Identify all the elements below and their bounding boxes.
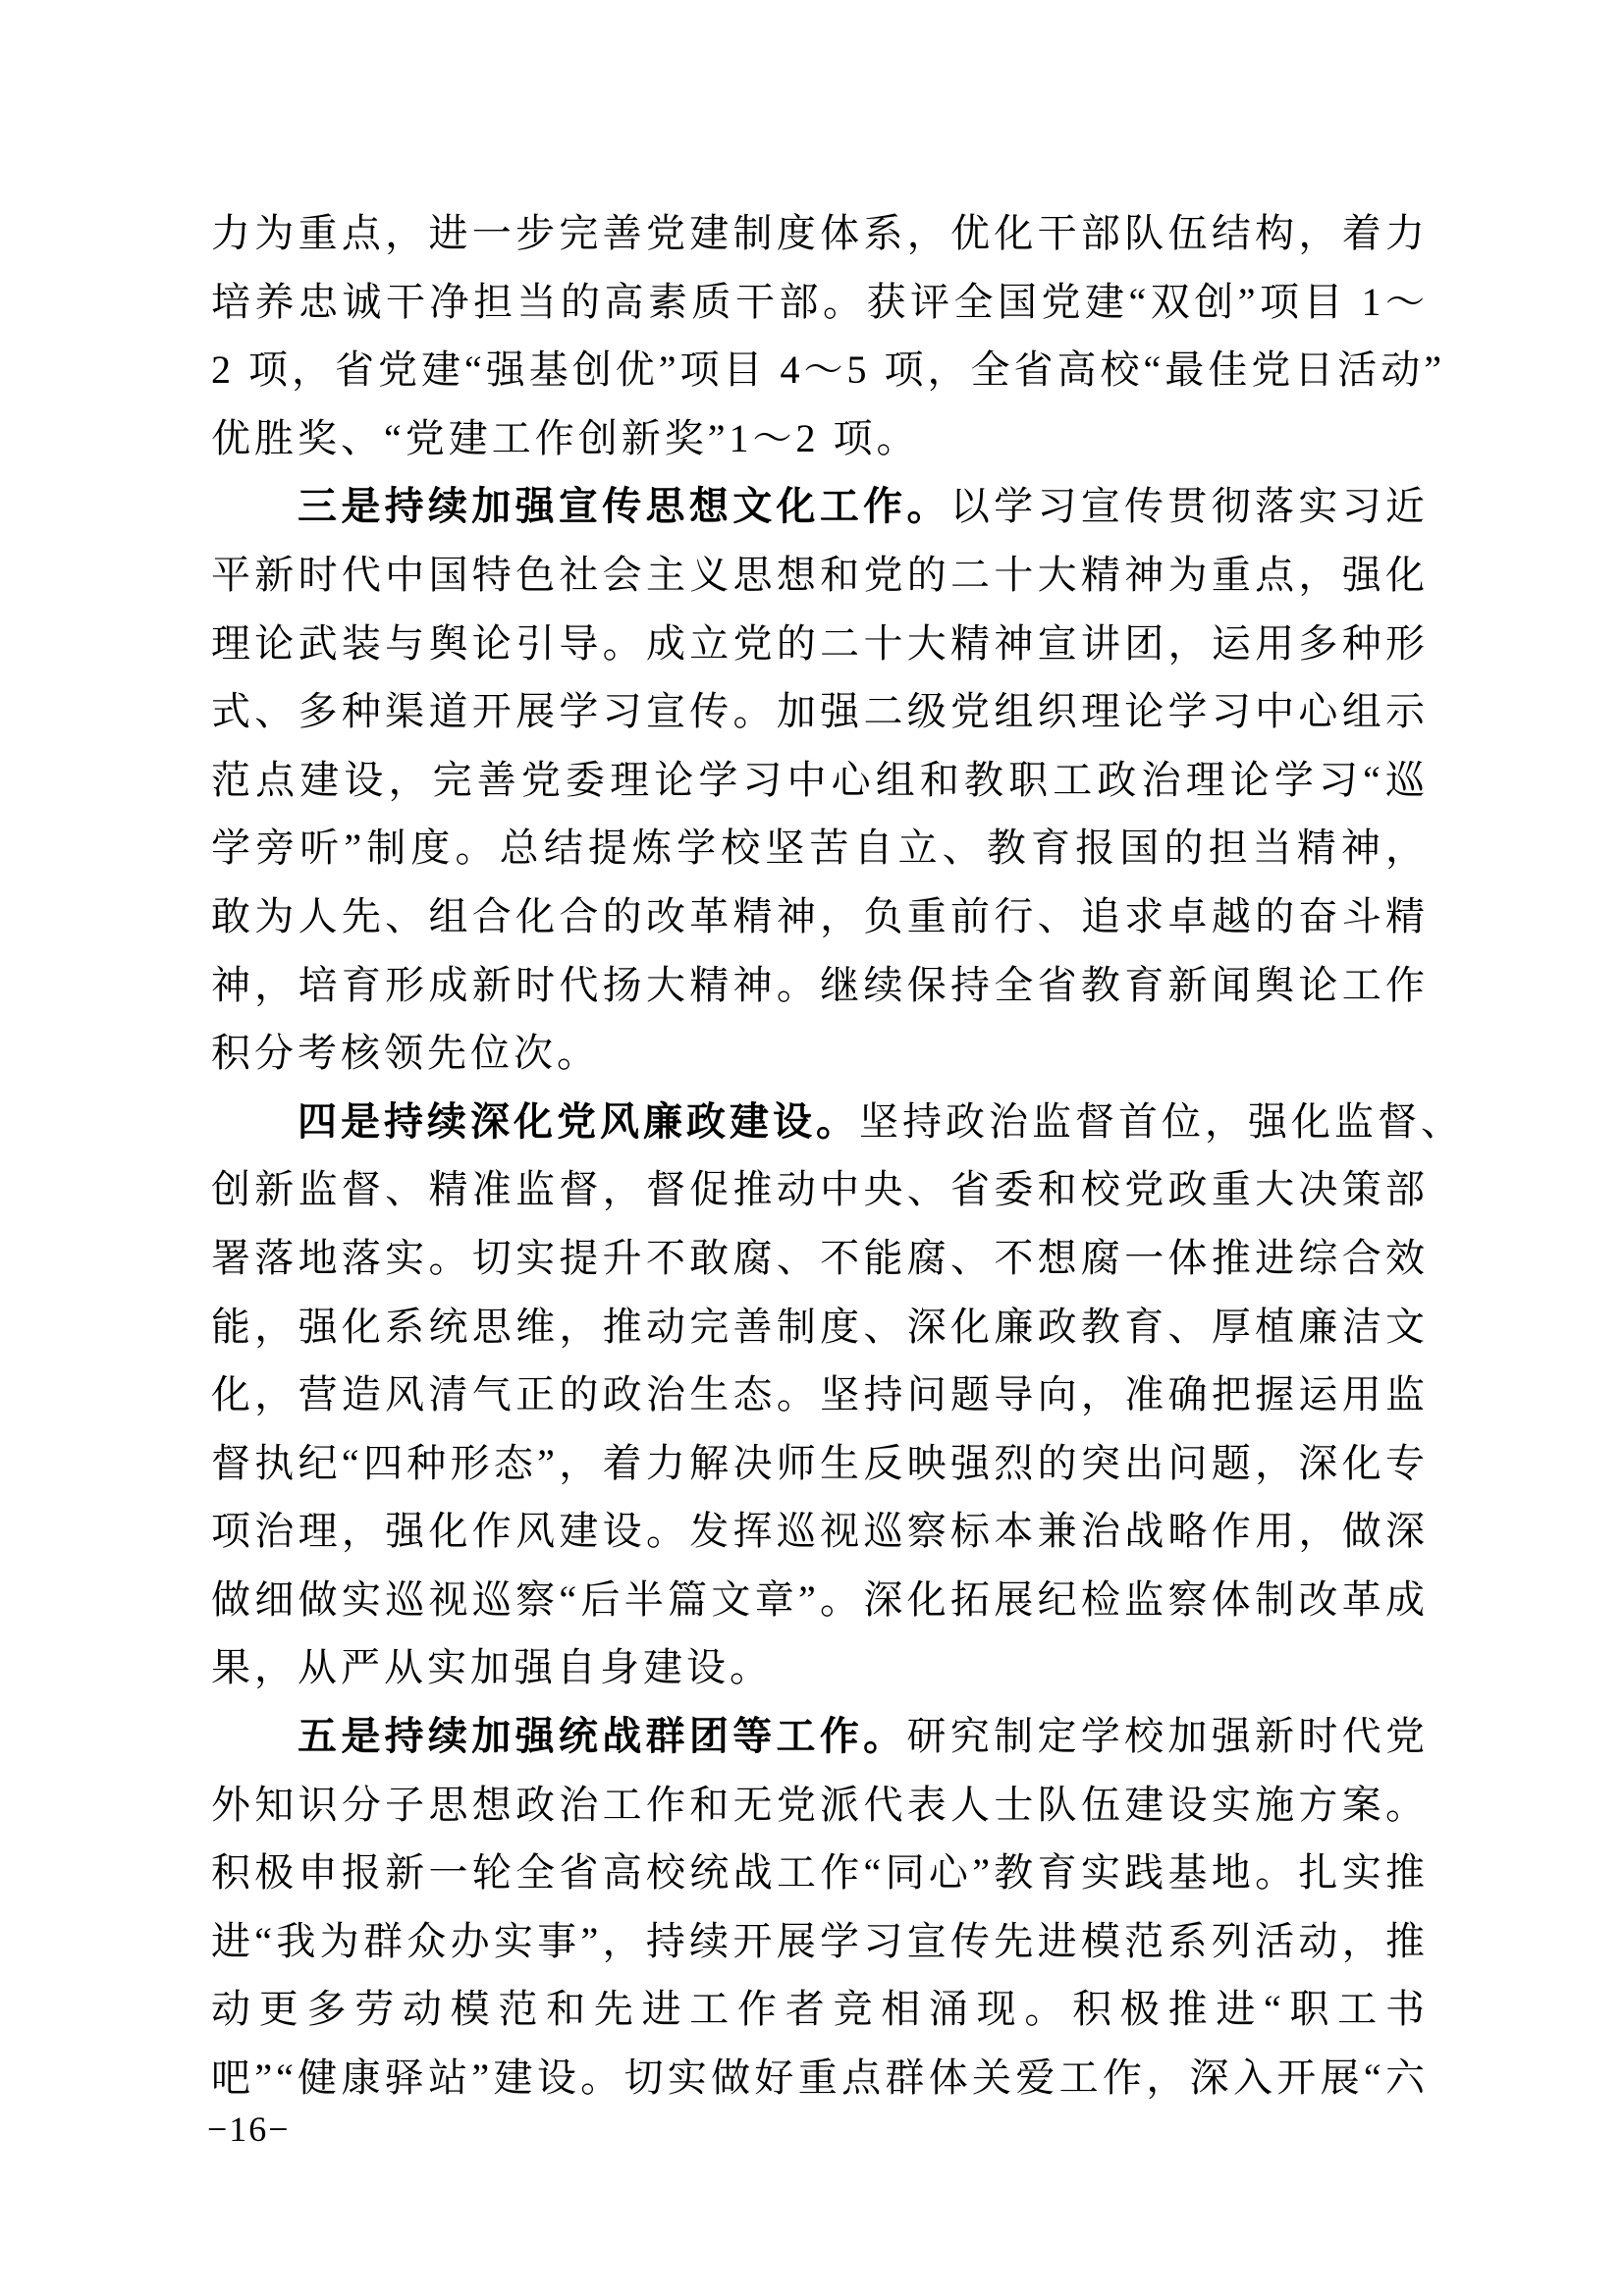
text-line: 果，从严从实加强自身建设。 xyxy=(211,1633,1429,1702)
text-run: 项治理，强化作风建设。发挥巡视巡察标本兼治战略作用，做深 xyxy=(211,1509,1429,1553)
text-line: 督执纪“四种形态”，着力解决师生反映强烈的突出问题，深化专 xyxy=(211,1429,1429,1498)
text-run: 研究制定学校加强新时代党 xyxy=(906,1714,1429,1758)
text-run: 平新时代中国特色社会主义思想和党的二十大精神为重点，强化 xyxy=(211,553,1429,597)
text-run: 式、多种渠道开展学习宣传。加强二级党组织理论学习中心组示 xyxy=(211,689,1429,733)
text-line: 能，强化系统思维，推动完善制度、深化廉政教育、厚植廉洁文 xyxy=(211,1293,1429,1362)
text-run: 化，营造风清气正的政治生态。坚持问题导向，准确把握运用监 xyxy=(211,1372,1429,1416)
page-number: −16− xyxy=(207,2109,291,2150)
text-run: 果，从严从实加强自身建设。 xyxy=(211,1645,773,1689)
text-run: 吧”“健康驿站”建设。切实做好重点群体关爱工作，深入开展“六 xyxy=(211,2056,1429,2100)
text-run: 理论武装与舆论引导。成立党的二十大精神宣讲团，运用多种形 xyxy=(211,621,1429,666)
text-run: 创新监督、精准监督，督促推动中央、省委和校党政重大决策部 xyxy=(211,1167,1429,1211)
text-run: 积分考核领先位次。 xyxy=(211,1031,600,1075)
text-run: 学旁听”制度。总结提炼学校坚苦自立、教育报国的担当精神， xyxy=(211,826,1429,870)
text-line: 署落地落实。切实提升不敢腐、不能腐、不想腐一体推进综合效 xyxy=(211,1224,1429,1293)
text-line: 力为重点，进一步完善党建制度体系，优化干部队伍结构，着力 xyxy=(211,199,1429,268)
document-body: 力为重点，进一步完善党建制度体系，优化干部队伍结构，着力培养忠诚干净担当的高素质… xyxy=(211,199,1429,2112)
text-line: 2 项，省党建“强基创优”项目 4～5 项，全省高校“最佳党日活动” xyxy=(211,336,1429,404)
text-run: 动更多劳动模范和先进工作者竞相涌现。积极推进“职工书 xyxy=(211,1987,1429,2031)
text-line: 培养忠诚干净担当的高素质干部。获评全国党建“双创”项目 1～ xyxy=(211,268,1429,337)
text-run: 外知识分子思想政治工作和无党派代表人士队伍建设实施方案。 xyxy=(211,1783,1429,1827)
text-line: 积极申报新一轮全省高校统战工作“同心”教育实践基地。扎实推 xyxy=(211,1839,1429,1907)
text-run: 优胜奖、“党建工作创新奖”1～2 项。 xyxy=(211,416,920,460)
text-run: 坚持政治监督首位，强化监督、 xyxy=(859,1099,1464,1144)
text-line: 式、多种渠道开展学习宣传。加强二级党组织理论学习中心组示 xyxy=(211,677,1429,746)
text-line: 动更多劳动模范和先进工作者竞相涌现。积极推进“职工书 xyxy=(211,1975,1429,2044)
text-run: 力为重点，进一步完善党建制度体系，优化干部队伍结构，着力 xyxy=(211,211,1429,255)
text-line: 平新时代中国特色社会主义思想和党的二十大精神为重点，强化 xyxy=(211,541,1429,610)
text-line: 神，培育形成新时代扬大精神。继续保持全省教育新闻舆论工作 xyxy=(211,951,1429,1020)
paragraph-lead-bold-run: 四是持续深化党风廉政建设。 xyxy=(298,1099,859,1144)
text-line: 做细做实巡视巡察“后半篇文章”。深化拓展纪检监察体制改革成 xyxy=(211,1566,1429,1634)
text-run: 督执纪“四种形态”，着力解决师生反映强烈的突出问题，深化专 xyxy=(211,1441,1429,1485)
text-run: 培养忠诚干净担当的高素质干部。获评全国党建“双创”项目 1～ xyxy=(211,280,1429,324)
text-line: 吧”“健康驿站”建设。切实做好重点群体关爱工作，深入开展“六 xyxy=(211,2044,1429,2112)
text-line: 四是持续深化党风廉政建设。坚持政治监督首位，强化监督、 xyxy=(211,1088,1429,1156)
text-line: 范点建设，完善党委理论学习中心组和教职工政治理论学习“巡 xyxy=(211,746,1429,815)
text-line: 创新监督、精准监督，督促推动中央、省委和校党政重大决策部 xyxy=(211,1155,1429,1224)
text-line: 学旁听”制度。总结提炼学校坚苦自立、教育报国的担当精神， xyxy=(211,814,1429,882)
text-run: 积极申报新一轮全省高校统战工作“同心”教育实践基地。扎实推 xyxy=(211,1850,1429,1895)
text-line: 三是持续加强宣传思想文化工作。以学习宣传贯彻落实习近 xyxy=(211,472,1429,541)
text-run: 以学习宣传贯彻落实习近 xyxy=(950,484,1429,528)
text-line: 积分考核领先位次。 xyxy=(211,1019,1429,1088)
text-run: 神，培育形成新时代扬大精神。继续保持全省教育新闻舆论工作 xyxy=(211,963,1429,1007)
text-run: 范点建设，完善党委理论学习中心组和教职工政治理论学习“巡 xyxy=(211,758,1429,802)
text-line: 化，营造风清气正的政治生态。坚持问题导向，准确把握运用监 xyxy=(211,1361,1429,1429)
text-line: 外知识分子思想政治工作和无党派代表人士队伍建设实施方案。 xyxy=(211,1771,1429,1840)
text-run: 进“我为群众办实事”，持续开展学习宣传先进模范系列活动，推 xyxy=(211,1919,1429,1963)
text-line: 进“我为群众办实事”，持续开展学习宣传先进模范系列活动，推 xyxy=(211,1907,1429,1976)
text-run: 能，强化系统思维，推动完善制度、深化廉政教育、厚植廉洁文 xyxy=(211,1305,1429,1349)
text-line: 优胜奖、“党建工作创新奖”1～2 项。 xyxy=(211,404,1429,473)
text-line: 五是持续加强统战群团等工作。研究制定学校加强新时代党 xyxy=(211,1702,1429,1771)
document-page: 力为重点，进一步完善党建制度体系，优化干部队伍结构，着力培养忠诚干净担当的高素质… xyxy=(0,0,1624,2296)
text-run: 做细做实巡视巡察“后半篇文章”。深化拓展纪检监察体制改革成 xyxy=(211,1577,1429,1622)
text-run: 署落地落实。切实提升不敢腐、不能腐、不想腐一体推进综合效 xyxy=(211,1236,1429,1280)
text-line: 敢为人先、组合化合的改革精神，负重前行、追求卓越的奋斗精 xyxy=(211,882,1429,951)
text-run: 敢为人先、组合化合的改革精神，负重前行、追求卓越的奋斗精 xyxy=(211,894,1429,938)
text-line: 项治理，强化作风建设。发挥巡视巡察标本兼治战略作用，做深 xyxy=(211,1497,1429,1566)
paragraph-lead-bold-run: 三是持续加强宣传思想文化工作。 xyxy=(298,484,950,528)
text-line: 理论武装与舆论引导。成立党的二十大精神宣讲团，运用多种形 xyxy=(211,610,1429,678)
text-run: 2 项，省党建“强基创优”项目 4～5 项，全省高校“最佳党日活动” xyxy=(211,347,1445,392)
paragraph-lead-bold-run: 五是持续加强统战群团等工作。 xyxy=(298,1714,906,1758)
